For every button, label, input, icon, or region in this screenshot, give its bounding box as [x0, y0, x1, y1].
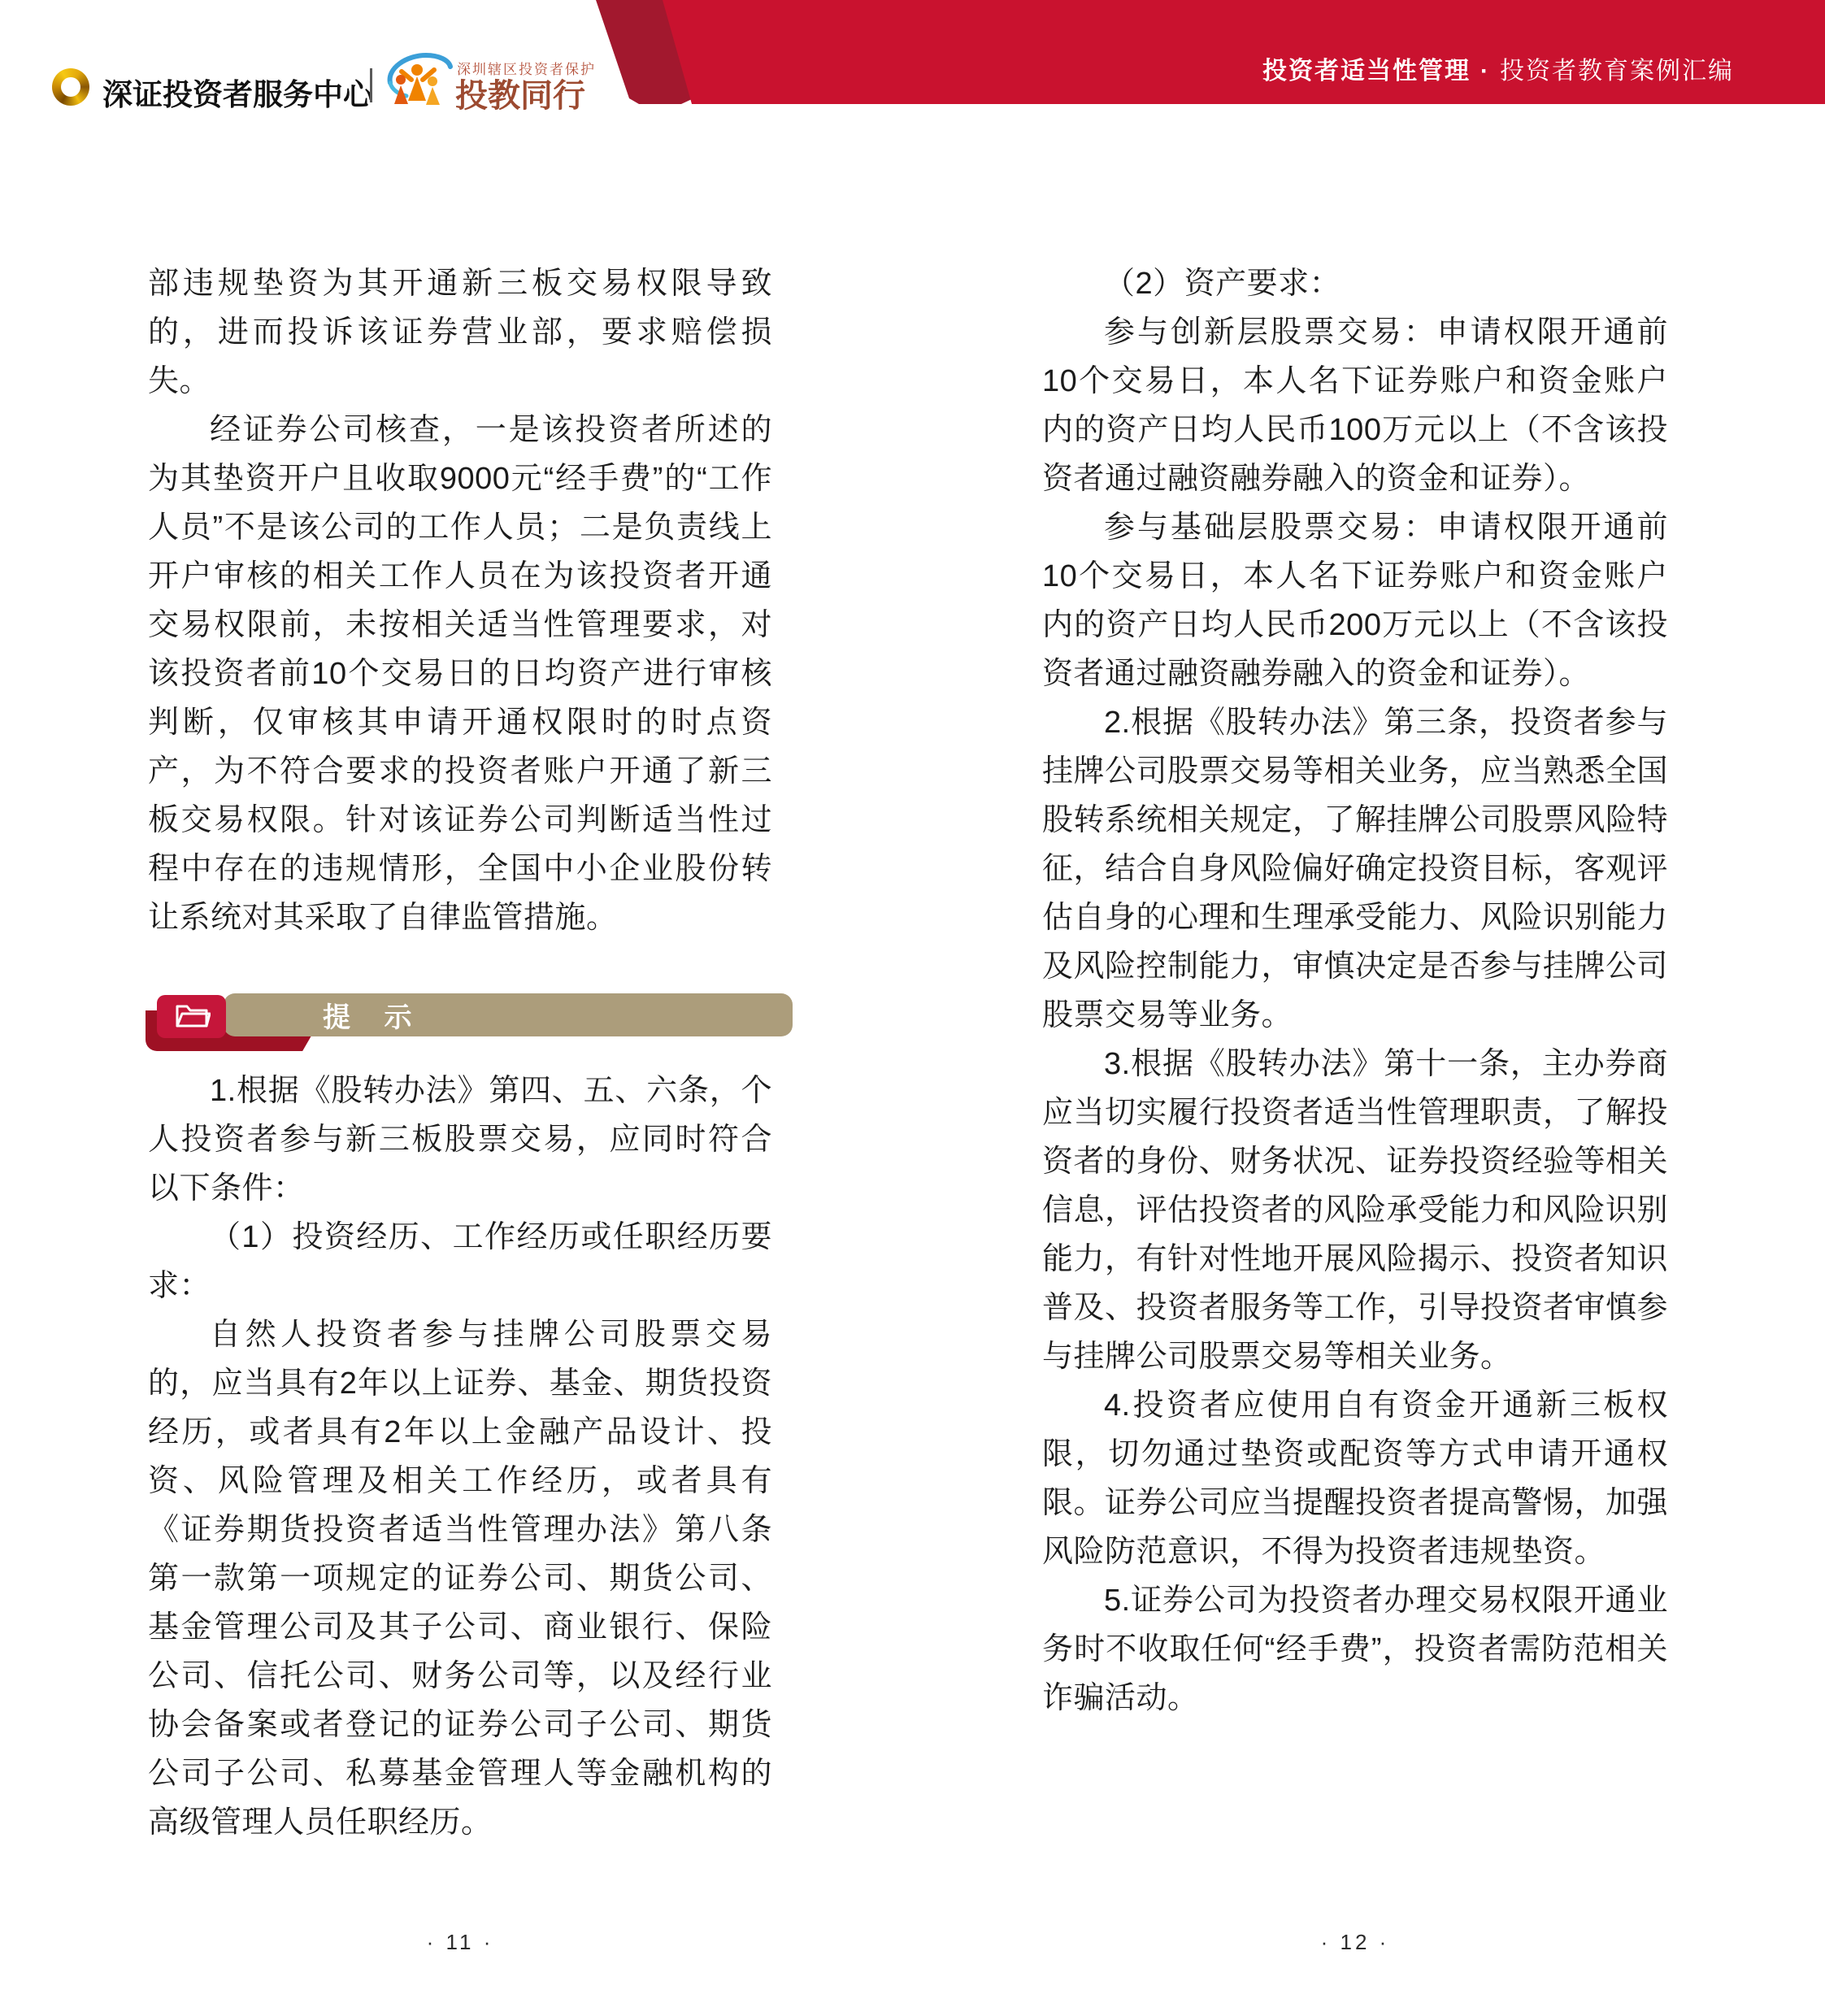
document-page-spread: 投资者适当性管理·投资者教育案例汇编 深证投资者服务中心 深圳辖区投资者保护 投…: [0, 0, 1825, 2016]
paragraph: 参与基础层股票交易：申请权限开通前10个交易日，本人名下证券账户和资金账户内的资…: [1042, 503, 1668, 698]
tip-body: 1.根据《股转办法》第四、五、六条，个人投资者参与新三板股票交易，应同时符合以下…: [148, 1067, 772, 1847]
paragraph: 3.根据《股转办法》第十一条，主办券商应当切实履行投资者适当性管理职责，了解投资…: [1042, 1040, 1668, 1381]
paragraph: 1.根据《股转办法》第四、五、六条，个人投资者参与新三板股票交易，应同时符合以下…: [148, 1067, 772, 1213]
tip-label: 提 示: [224, 995, 424, 1035]
banner-title-regular: 投资者教育案例汇编: [1500, 58, 1734, 85]
org-name: 深证投资者服务中心: [102, 70, 373, 114]
gold-ring-logo-icon: [52, 68, 89, 106]
logo-divider: [370, 68, 372, 102]
gold-ring-hole: [61, 77, 80, 97]
banner-title-bold: 投资者适当性管理: [1262, 58, 1471, 85]
right-column-body: （2）资产要求：参与创新层股票交易：申请权限开通前10个交易日，本人名下证券账户…: [1042, 259, 1668, 1723]
paragraph: 5.证券公司为投资者办理交易权限开通业务时不收取任何“经手费”，投资者需防范相关…: [1042, 1576, 1668, 1723]
paragraph: 参与创新层股票交易：申请权限开通前10个交易日，本人名下证券账户和资金账户内的资…: [1042, 308, 1668, 503]
tip-title-bar: 提 示: [224, 993, 793, 1036]
paragraph: 经证券公司核查，一是该投资者所述的为其垫资开户且收取9000元“经手费”的“工作…: [148, 406, 772, 942]
paragraph: 自然人投资者参与挂牌公司股票交易的，应当具有2年以上证券、基金、期货投资经历，或…: [148, 1310, 772, 1847]
paragraph: 部违规垫资为其开通新三板交易权限导致的，进而投诉该证券营业部，要求赔偿损失。: [148, 259, 772, 406]
paragraph: （1）投资经历、工作经历或任职经历要求：: [148, 1213, 772, 1310]
paragraph: （2）资产要求：: [1042, 259, 1668, 308]
left-column-body: 部违规垫资为其开通新三板交易权限导致的，进而投诉该证券营业部，要求赔偿损失。经证…: [148, 259, 772, 942]
tip-icon-box: [157, 995, 226, 1038]
banner-title-separator: ·: [1471, 58, 1500, 85]
paragraph: 2.根据《股转办法》第三条，投资者参与挂牌公司股票交易等相关业务，应当熟悉全国股…: [1042, 698, 1668, 1040]
tip-banner: 提 示: [146, 988, 796, 1061]
left-page-number: · 11 ·: [148, 1930, 772, 1955]
paragraph: 4.投资者应使用自有资金开通新三板权限，切勿通过垫资或配资等方式申请开通权限。证…: [1042, 1381, 1668, 1576]
brand-name: 投教同行: [455, 70, 585, 116]
header-banner-title: 投资者适当性管理·投资者教育案例汇编: [1262, 50, 1734, 86]
toujiao-figures-icon: [379, 47, 455, 111]
right-page-number: · 12 ·: [1042, 1930, 1668, 1955]
folder-icon: [173, 999, 211, 1034]
